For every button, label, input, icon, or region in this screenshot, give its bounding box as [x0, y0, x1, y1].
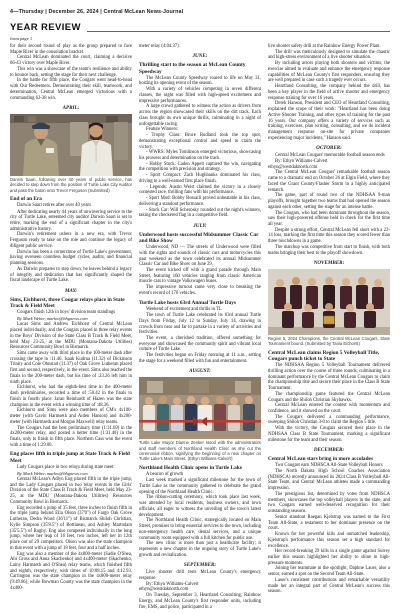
article-paragraph: The impressive turnout came very close t…: [139, 285, 261, 296]
article-paragraph: The Cougars, who had been dominant throu…: [268, 211, 390, 228]
article-paragraph: The ribbon-cutting ceremony, which took …: [139, 495, 261, 518]
article-paragraph: Central McLean's Adlyn Eng placed fifth …: [10, 477, 132, 506]
month-header: MAY:: [10, 288, 132, 294]
article-paragraph: This win was a showcase of the team's re…: [10, 67, 132, 78]
article-headline: Central McLean stars bring in more accol…: [268, 456, 390, 462]
article-paragraph: Central McLean dominated the court, clai…: [10, 55, 132, 66]
article-paragraph: Known for her powerful kills and unmatch…: [268, 532, 390, 549]
article-paragraph-continued: meter relay (4:04.37).: [139, 44, 261, 50]
article-paragraph: The new clinic is more than just a healt…: [139, 541, 261, 558]
column-1: for their second round of play as the gr…: [10, 44, 132, 610]
article-paragraph: - Hobby Stock: Caden Appelt captured the…: [139, 162, 261, 173]
article-paragraph: Derek Hanson, President and CEO of Heart…: [268, 101, 390, 141]
article-paragraph: The Cougars had the best preliminary tim…: [10, 426, 132, 449]
article-paragraph: - Stock Car: Will Scherosky rounded out …: [139, 208, 261, 219]
photo-caption: Region 5, 2024 Champions, the Central Mc…: [268, 336, 390, 347]
article-paragraph: The town of Turtle Lake celebrated its 6…: [139, 313, 261, 336]
article-paragraph: Despite a strong effort, Central McLean …: [268, 228, 390, 245]
article-paragraph: In the battle for fifth place, the Couga…: [10, 78, 132, 101]
article-paragraph: The event, a cherished tradition, offere…: [139, 336, 261, 353]
article-paragraph: Darwin's retirement ushers in a new era,…: [10, 232, 132, 249]
volleyball-team-photo-image: [268, 269, 390, 335]
article-subhead: Weekend of excitement and thrills in TL: [139, 307, 261, 313]
article-paragraph: The game, part of round two of the NDHSA…: [268, 193, 390, 210]
article-paragraph: On Tuesday, September 3, Heartland Consu…: [139, 593, 261, 610]
month-header: APRIL:: [10, 105, 132, 111]
volleyball-photo: Region 5, 2024 Champions, the Central Mc…: [268, 269, 390, 347]
article-subhead: Darwin Saari retires after over 40 years: [10, 203, 132, 209]
article-paragraph: Live shooter drill tests McLean County's…: [139, 570, 261, 581]
article-paragraph: Last week marked a significant milestone…: [139, 478, 261, 495]
column-2: meter relay (4:04.37).JUNE:Thrilling sta…: [139, 44, 261, 610]
article-headline: End of an Era: [10, 196, 132, 202]
article-headline: Thrilling start to the season at McLean …: [139, 62, 261, 74]
article-paragraph: As Darwin prepares to step down, he leav…: [10, 267, 132, 284]
article-paragraph: Eng was also a member of the 4x800-meter…: [10, 552, 132, 592]
article-headline: Eng places fifth in triple jump at State…: [10, 451, 132, 463]
article-paragraph: The drill was meticulously designed to s…: [268, 50, 390, 61]
article-paragraph: After dedicating nearly 44 years of unwa…: [10, 210, 132, 233]
article-paragraph: The Cougars delivered a commanding perfo…: [268, 415, 390, 426]
retirement-photo-image: [10, 114, 132, 176]
article-paragraph: Darwin has been a cornerstone of Turtle …: [10, 250, 132, 267]
article-columns: for their second round of play as the gr…: [10, 44, 390, 610]
article-subhead: A beacon of growth: [139, 472, 261, 478]
month-header: NOVEMBER:: [268, 260, 390, 266]
article-paragraph: Eichhorst, who had the eighth-best time …: [10, 385, 132, 408]
month-header: JUNE:: [139, 53, 261, 59]
article-paragraph: The Northland Health Clinic, strategical…: [139, 518, 261, 541]
article-paragraph: The North Dakota High School Coaches Ass…: [268, 469, 390, 492]
article-paragraph: - Sport Compact: Zach Hughbanks dominate…: [139, 173, 261, 184]
article-paragraph: The NDHSAA Region 5 Volleyball Tournamen…: [268, 363, 390, 392]
photo-caption: Darwin Saari, following over 40 years of…: [10, 177, 132, 193]
article-headline: Sims, Eichhorst, three Cougar relays pla…: [10, 297, 132, 309]
article-paragraph: Underwood, ND — The streets of Underwood…: [139, 245, 261, 268]
article-paragraph: Sims came away with third place in the 1…: [10, 351, 132, 385]
column-3: live shooter safety drill at the Rainbow…: [268, 44, 390, 610]
photo-caption: Turtle Lake Mayor Dianne Zenker stood wi…: [139, 440, 261, 462]
section-header: YEAR REVIEW: [10, 22, 390, 33]
ribbon-cutting-photo-image: [139, 377, 261, 439]
article-paragraph: With a variety of vehicles competing in …: [139, 87, 261, 104]
article-paragraph: Lucas Sims and Andrew Eichhorst of Centr…: [10, 322, 132, 351]
article-subhead: Cougars finish 12th in boys' division te…: [10, 310, 132, 316]
retirement-photo: Darwin Saari, following over 40 years of…: [10, 114, 132, 194]
article-paragraph: Senior standout Raegan Kjelstrup was nam…: [268, 515, 390, 532]
article-paragraph: The matchup was competitive from start t…: [268, 245, 390, 256]
article-paragraph: The prestigious list, determined by vote…: [268, 492, 390, 515]
page-header: 4—Thursday | December 26, 2024 | Central…: [10, 9, 390, 15]
article-paragraph: The event kicked off with a grand parade…: [139, 268, 261, 285]
ribbon-photo: Turtle Lake Mayor Dianne Zenker stood wi…: [139, 377, 261, 462]
article-byline: By Mark Weber, markw@bhgnews.com: [10, 316, 132, 321]
newspaper-page: 4—Thursday | December 26, 2024 | Central…: [0, 0, 400, 614]
month-header: AUGUST:: [139, 368, 261, 374]
article-paragraph: - Legends: Austin Weist claimed the vict…: [139, 185, 261, 196]
article-paragraph: The championship game featured the Centr…: [268, 392, 390, 403]
article-paragraph-continued: live shooter safety drill at the Rainbow…: [268, 44, 390, 50]
article-headline: Underwood hosts successful Midsummer Cla…: [139, 232, 261, 244]
article-paragraph: The McLean County Speedway roared to lif…: [139, 76, 261, 87]
article-paragraph: With the victory, the Cougars secured th…: [268, 426, 390, 443]
article-subhead: Lady Cougars place in two relays during …: [10, 465, 132, 471]
month-header: OCTOBER:: [268, 145, 390, 151]
article-paragraph: Joining her teammate in the spotlight, D…: [268, 566, 390, 577]
article-headline: Central McLean claims Region 5 Volleybal…: [268, 350, 390, 362]
article-paragraph: By including actors playing both shooter…: [268, 61, 390, 84]
month-header: JULY:: [139, 223, 261, 229]
month-header: SEPTEMBER:: [139, 562, 261, 568]
article-paragraph-continued: for their second round of play as the gr…: [10, 44, 132, 55]
article-paragraph: Eichhorst and Sims were also members of …: [10, 408, 132, 425]
article-paragraph: Her record-breaking 29 kills in a single…: [268, 549, 390, 566]
continued-from-note: from page 1: [10, 36, 390, 41]
article-paragraph: Heartland Consulting, the company behind…: [268, 84, 390, 101]
article-paragraph: - Trophy Class: Bruce Budland took the t…: [139, 133, 261, 150]
article-paragraph: - Sport Mod: Bobby Bossaili proved unbea…: [139, 196, 261, 207]
article-paragraph: Lauer's consistent contributions and rem…: [268, 578, 390, 595]
article-byline: By Mark Weber, markw@bhgnews.com: [10, 471, 132, 476]
article-paragraph: The festivities began on Friday morning …: [139, 353, 261, 364]
article-paragraph: Central McLean entered the contest with …: [268, 403, 390, 414]
article-headline: Turtle Lake hosts 63rd Annual Turtle Day…: [139, 300, 261, 306]
article-paragraph: Eng recorded a jump of 35 feet, three in…: [10, 506, 132, 552]
article-paragraph: The Central McLean Cougars' remarkable f…: [268, 170, 390, 193]
article-headline: Northland Health Clinic opens in Turtle …: [139, 465, 261, 471]
article-paragraph: - WWRS: Myles Tomlinson emerged victorio…: [139, 150, 261, 161]
article-paragraph: A large crowd gathered to witness the ac…: [139, 104, 261, 127]
section-title: YEAR REVIEW: [10, 22, 81, 33]
section-rule: [87, 31, 390, 32]
month-header: DECEMBER:: [268, 447, 390, 453]
